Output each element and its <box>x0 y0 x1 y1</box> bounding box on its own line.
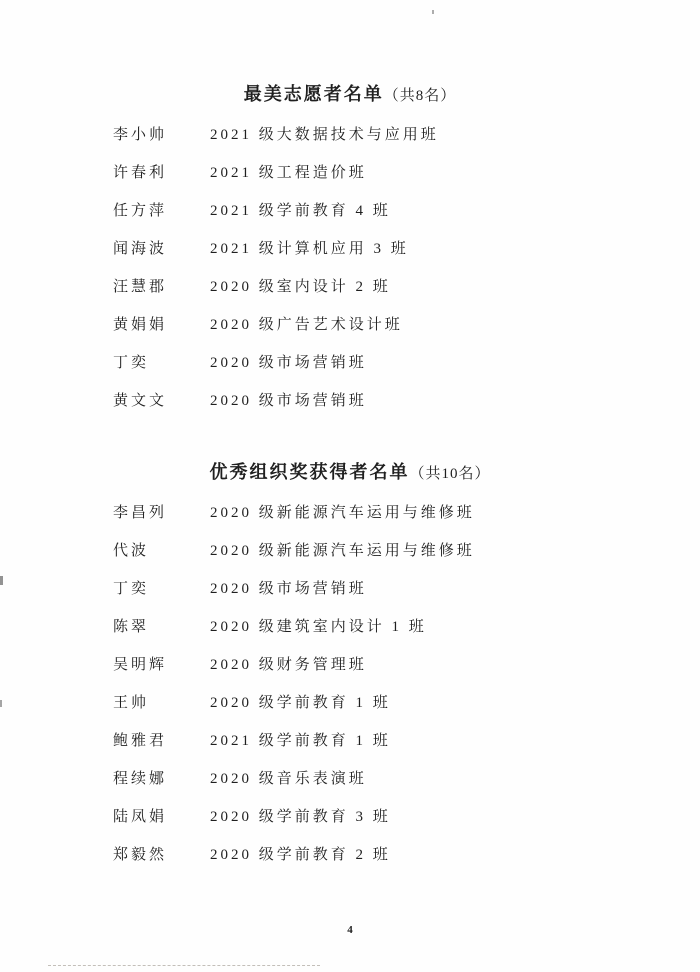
person-name: 王帅 <box>113 693 210 713</box>
person-name: 黄文文 <box>113 391 210 411</box>
class-name: 2020 级新能源汽车运用与维修班 <box>210 541 475 561</box>
class-name: 2020 级新能源汽车运用与维修班 <box>210 503 475 523</box>
person-name: 陆凤娟 <box>113 807 210 827</box>
class-name: 2021 级学前教育 4 班 <box>210 201 391 221</box>
table-row: 闻海波2021 级计算机应用 3 班 <box>0 239 700 259</box>
person-name: 闻海波 <box>113 239 210 259</box>
class-name: 2021 级大数据技术与应用班 <box>210 125 439 145</box>
section-organization-award: 优秀组织奖获得者名单（共10名） 李昌列2020 级新能源汽车运用与维修班代波2… <box>0 460 700 865</box>
table-row: 许春利2021 级工程造价班 <box>0 163 700 183</box>
class-name: 2020 级市场营销班 <box>210 353 367 373</box>
section-title-count: （共10名） <box>409 466 490 482</box>
person-name: 李昌列 <box>113 503 210 523</box>
person-name: 陈翠 <box>113 617 210 637</box>
table-row: 陆凤娟2020 级学前教育 3 班 <box>0 807 700 827</box>
person-name: 丁奕 <box>113 579 210 599</box>
class-name: 2020 级音乐表演班 <box>210 769 367 789</box>
table-row: 任方萍2021 级学前教育 4 班 <box>0 201 700 221</box>
volunteer-list: 李小帅2021 级大数据技术与应用班许春利2021 级工程造价班任方萍2021 … <box>0 125 700 411</box>
class-name: 2020 级建筑室内设计 1 班 <box>210 617 427 637</box>
section-title-text: 优秀组织奖获得者名单 <box>209 462 409 482</box>
class-name: 2021 级工程造价班 <box>210 163 367 183</box>
table-row: 丁奕2020 级市场营销班 <box>0 353 700 373</box>
person-name: 李小帅 <box>113 125 210 145</box>
table-row: 黄文文2020 级市场营销班 <box>0 391 700 411</box>
document-page: 最美志愿者名单（共8名） 李小帅2021 级大数据技术与应用班许春利2021 级… <box>0 0 700 972</box>
class-name: 2020 级财务管理班 <box>210 655 367 675</box>
section-title: 优秀组织奖获得者名单（共10名） <box>0 460 700 484</box>
table-row: 吴明辉2020 级财务管理班 <box>0 655 700 675</box>
table-row: 丁奕2020 级市场营销班 <box>0 579 700 599</box>
award-list: 李昌列2020 级新能源汽车运用与维修班代波2020 级新能源汽车运用与维修班丁… <box>0 503 700 865</box>
class-name: 2020 级市场营销班 <box>210 391 367 411</box>
section-volunteers: 最美志愿者名单（共8名） 李小帅2021 级大数据技术与应用班许春利2021 级… <box>0 82 700 411</box>
table-row: 鲍雅君2021 级学前教育 1 班 <box>0 731 700 751</box>
table-row: 程续娜2020 级音乐表演班 <box>0 769 700 789</box>
table-row: 李昌列2020 级新能源汽车运用与维修班 <box>0 503 700 523</box>
person-name: 汪慧郡 <box>113 277 210 297</box>
scan-speck <box>432 10 434 14</box>
table-row: 汪慧郡2020 级室内设计 2 班 <box>0 277 700 297</box>
table-row: 代波2020 级新能源汽车运用与维修班 <box>0 541 700 561</box>
class-name: 2020 级市场营销班 <box>210 579 367 599</box>
page-number: 4 <box>0 924 700 936</box>
table-row: 王帅2020 级学前教育 1 班 <box>0 693 700 713</box>
table-row: 郑毅然2020 级学前教育 2 班 <box>0 845 700 865</box>
person-name: 任方萍 <box>113 201 210 221</box>
scan-edge-artifact <box>0 576 3 585</box>
person-name: 黄娟娟 <box>113 315 210 335</box>
class-name: 2020 级广告艺术设计班 <box>210 315 403 335</box>
person-name: 丁奕 <box>113 353 210 373</box>
person-name: 代波 <box>113 541 210 561</box>
section-title-text: 最美志愿者名单 <box>244 84 384 104</box>
scan-edge-artifact <box>0 700 2 707</box>
table-row: 黄娟娟2020 级广告艺术设计班 <box>0 315 700 335</box>
person-name: 吴明辉 <box>113 655 210 675</box>
table-row: 陈翠2020 级建筑室内设计 1 班 <box>0 617 700 637</box>
person-name: 程续娜 <box>113 769 210 789</box>
class-name: 2021 级学前教育 1 班 <box>210 731 391 751</box>
class-name: 2021 级计算机应用 3 班 <box>210 239 409 259</box>
class-name: 2020 级学前教育 2 班 <box>210 845 391 865</box>
person-name: 许春利 <box>113 163 210 183</box>
section-title: 最美志愿者名单（共8名） <box>0 82 700 106</box>
scan-edge-line <box>48 965 320 966</box>
person-name: 鲍雅君 <box>113 731 210 751</box>
class-name: 2020 级学前教育 1 班 <box>210 693 391 713</box>
section-title-count: （共8名） <box>384 88 457 104</box>
class-name: 2020 级学前教育 3 班 <box>210 807 391 827</box>
class-name: 2020 级室内设计 2 班 <box>210 277 391 297</box>
person-name: 郑毅然 <box>113 845 210 865</box>
table-row: 李小帅2021 级大数据技术与应用班 <box>0 125 700 145</box>
